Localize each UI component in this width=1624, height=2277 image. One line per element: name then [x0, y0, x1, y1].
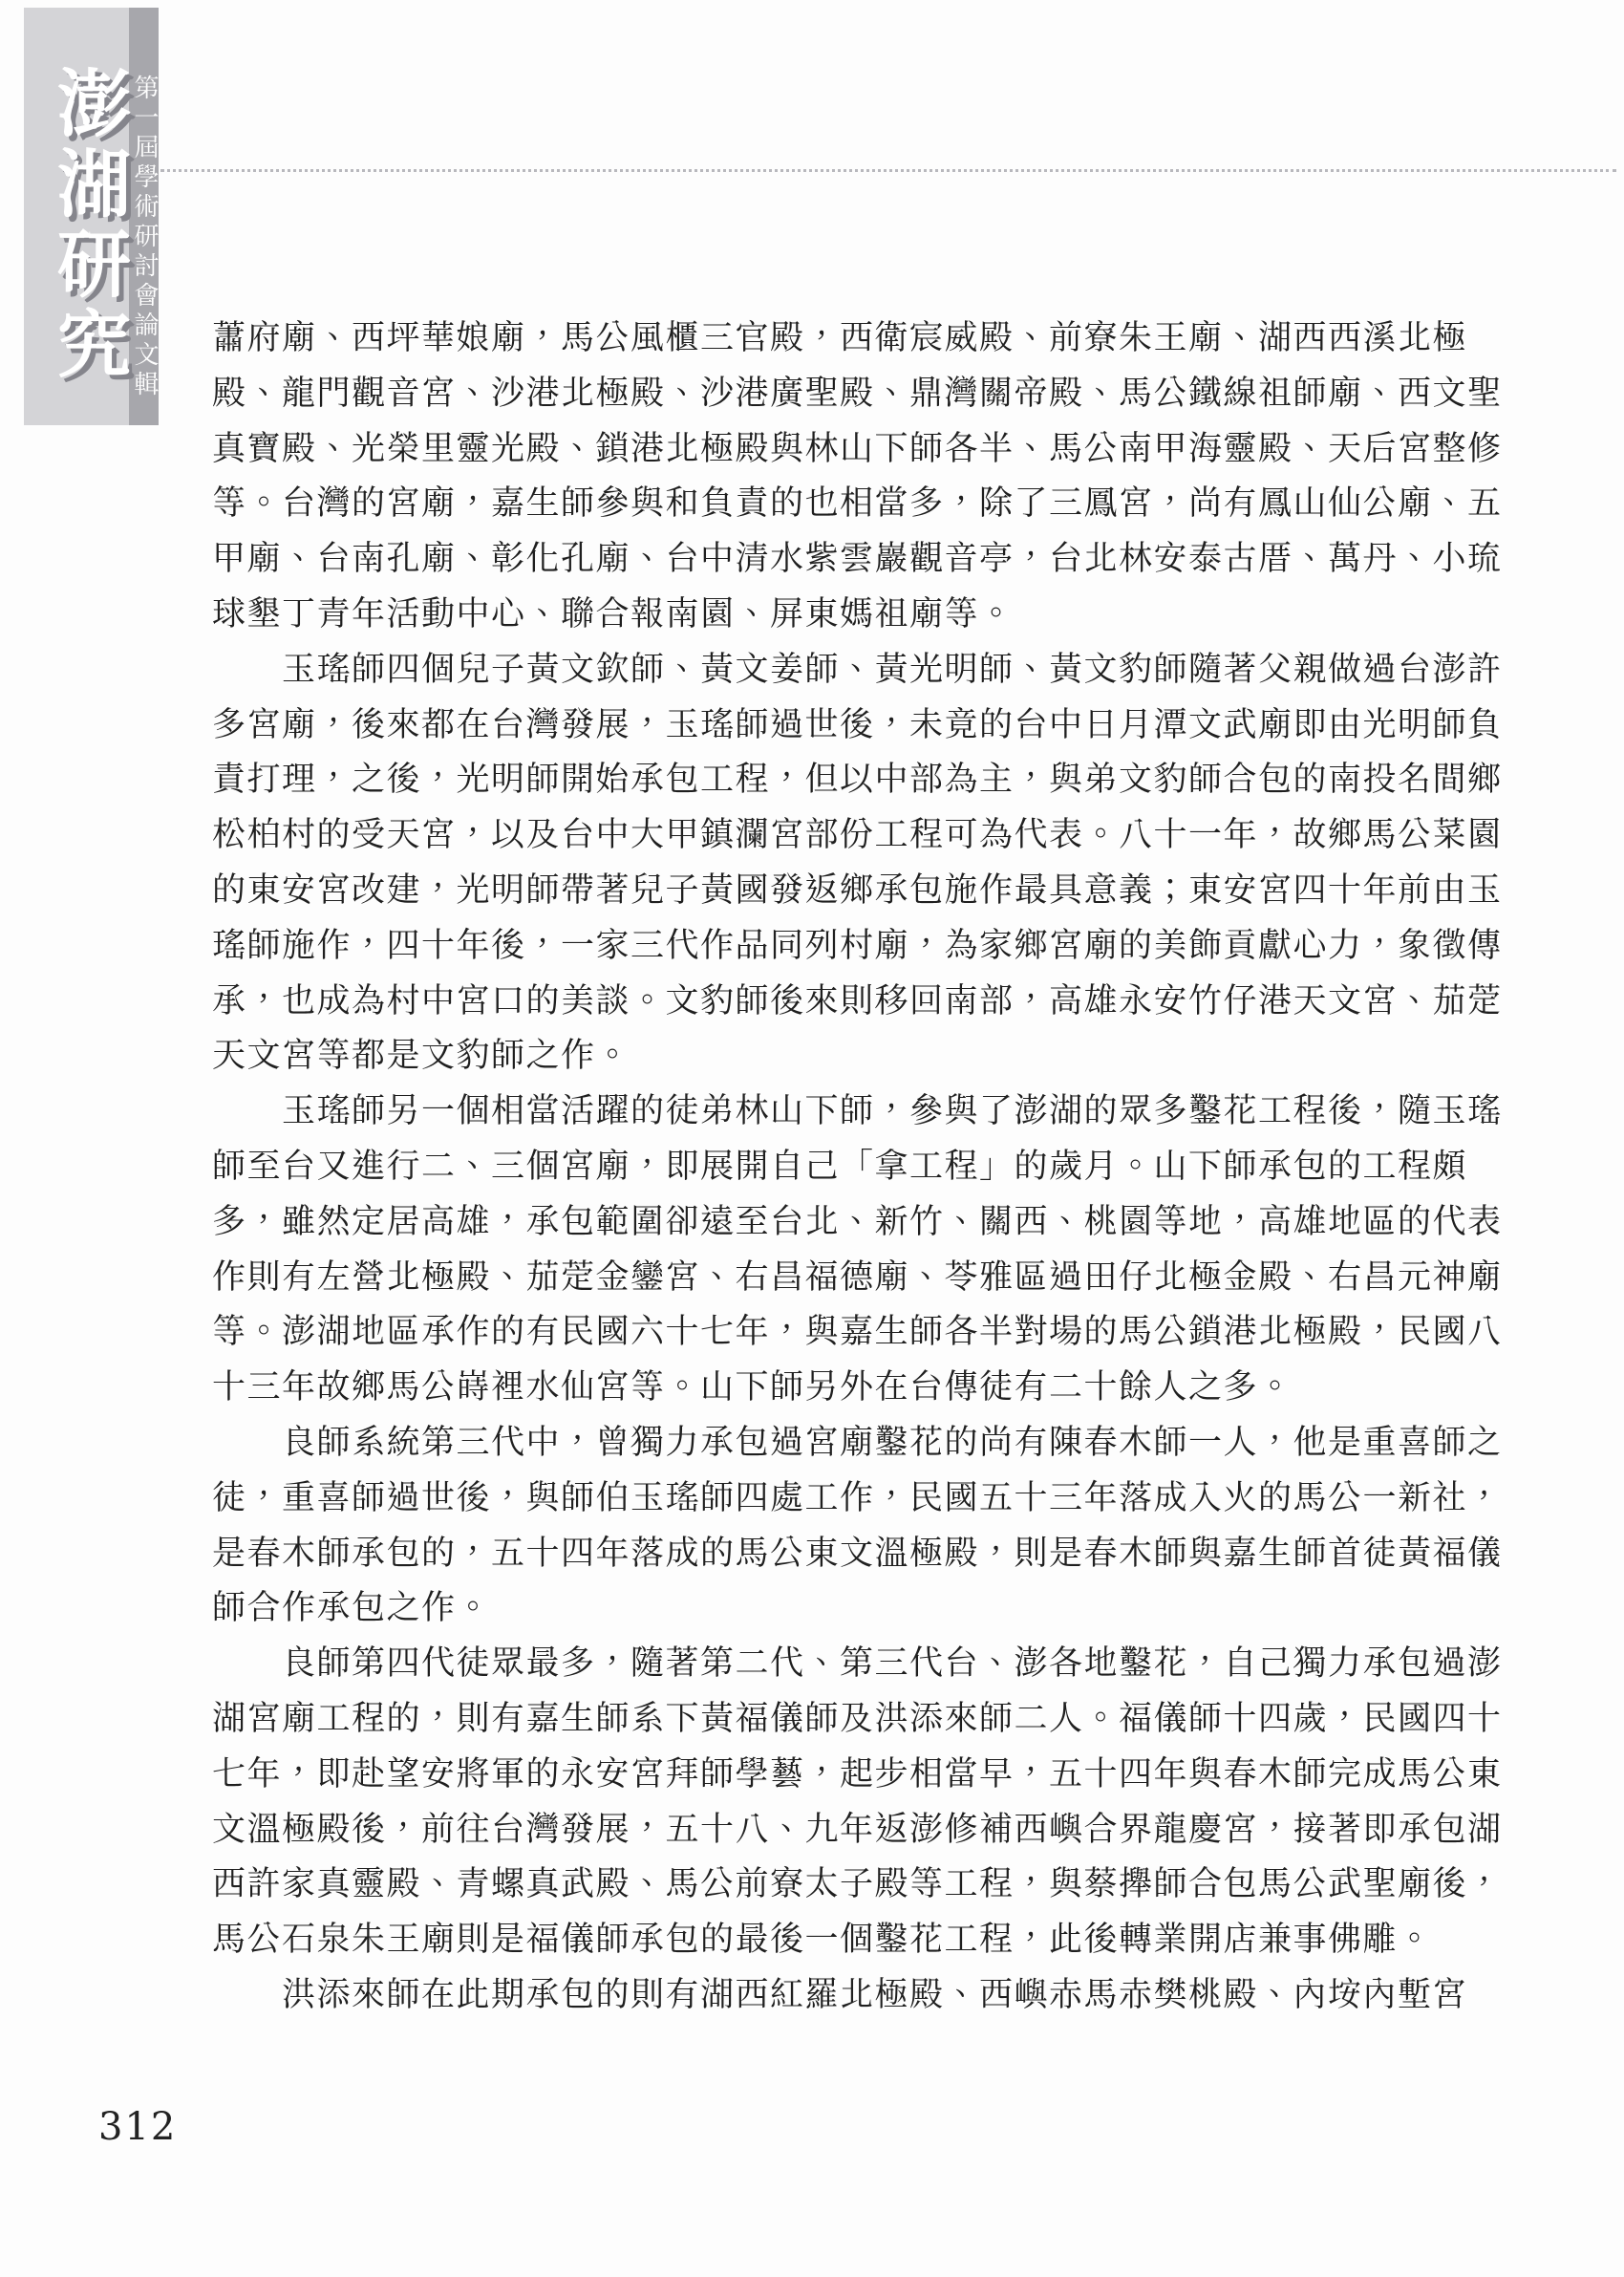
header-dotted-rule — [160, 169, 1616, 172]
paragraph: 良師系統第三代中，曾獨力承包過宮廟鑿花的尚有陳春木師一人，他是重喜師之徒，重喜師… — [212, 1416, 1497, 1637]
body-line: 的東安宮改建，光明師帶著兒子黃國發返鄉承包施作最具意義；東安宮四十年前由玉 — [212, 864, 1497, 919]
body-line: 是春木師承包的，五十四年落成的馬公東文溫極殿，則是春木師與嘉生師首徒黃福儀 — [212, 1527, 1497, 1582]
body-line: 馬公石泉朱王廟則是福儀師承包的最後一個鑿花工程，此後轉業開店兼事佛雕。 — [212, 1913, 1497, 1968]
body-line: 等。台灣的宮廟，嘉生師參與和負責的也相當多，除了三鳳宮，尚有鳳山仙公廟、五 — [212, 477, 1497, 532]
body-line: 責打理，之後，光明師開始承包工程，但以中部為主，與弟文豹師合包的南投名間鄉 — [212, 753, 1497, 808]
paragraph: 玉瑤師四個兒子黃文欽師、黃文姜師、黃光明師、黃文豹師隨著父親做過台澎許多宮廟，後… — [212, 643, 1497, 1085]
body-line: 天文宮等都是文豹師之作。 — [212, 1029, 1497, 1085]
paragraph: 良師第四代徒眾最多，隨著第二代、第三代台、澎各地鑿花，自己獨力承包過澎湖宮廟工程… — [212, 1637, 1497, 1968]
body-line: 十三年故鄉馬公嵵裡水仙宮等。山下師另外在台傳徒有二十餘人之多。 — [212, 1361, 1497, 1416]
body-line: 松柏村的受天宮，以及台中大甲鎮瀾宮部份工程可為代表。八十一年，故鄉馬公菜園 — [212, 808, 1497, 864]
body-line: 玉瑤師四個兒子黃文欽師、黃文姜師、黃光明師、黃文豹師隨著父親做過台澎許 — [212, 643, 1497, 698]
body-line: 多，雖然定居高雄，承包範圍卻遠至台北、新竹、關西、桃園等地，高雄地區的代表 — [212, 1195, 1497, 1251]
body-line: 師合作承包之作。 — [212, 1581, 1497, 1637]
body-text: 蕭府廟、西坪華娘廟，馬公風櫃三官殿，西衛宸威殿、前寮朱王廟、湖西西溪北極殿、龍門… — [212, 311, 1497, 2024]
body-line: 良師系統第三代中，曾獨力承包過宮廟鑿花的尚有陳春木師一人，他是重喜師之 — [212, 1416, 1497, 1471]
body-line: 真寶殿、光榮里靈光殿、鎖港北極殿與林山下師各半、馬公南甲海靈殿、天后宮整修 — [212, 422, 1497, 478]
body-line: 西許家真靈殿、青螺真武殿、馬公前寮太子殿等工程，與蔡攑師合包馬公武聖廟後， — [212, 1858, 1497, 1913]
page-number: 312 — [98, 2105, 177, 2149]
scanned-page: 澎湖研究 第一屆學術研討會論文輯 蕭府廟、西坪華娘廟，馬公風櫃三官殿，西衛宸威殿… — [0, 0, 1624, 2277]
body-line: 等。澎湖地區承作的有民國六十七年，與嘉生師各半對場的馬公鎖港北極殿，民國八 — [212, 1305, 1497, 1361]
body-line: 瑤師施作，四十年後，一家三代作品同列村廟，為家鄉宮廟的美飾貢獻心力，象徵傳 — [212, 919, 1497, 975]
body-line: 徒，重喜師過世後，與師伯玉瑤師四處工作，民國五十三年落成入火的馬公一新社， — [212, 1471, 1497, 1527]
body-line: 玉瑤師另一個相當活躍的徒弟林山下師，參與了澎湖的眾多鑿花工程後，隨玉瑤 — [212, 1085, 1497, 1140]
book-subtitle-vertical: 第一屆學術研討會論文輯 — [130, 75, 159, 400]
body-line: 甲廟、台南孔廟、彰化孔廟、台中清水紫雲巖觀音亭，台北林安泰古厝、萬丹、小琉 — [212, 532, 1497, 588]
body-line: 師至台又進行二、三個宮廟，即展開自己「拿工程」的歲月。山下師承包的工程頗 — [212, 1140, 1497, 1195]
body-line: 良師第四代徒眾最多，隨著第二代、第三代台、澎各地鑿花，自己獨力承包過澎 — [212, 1637, 1497, 1692]
body-line: 文溫極殿後，前往台灣發展，五十八、九年返澎修補西嶼合界龍慶宮，接著即承包湖 — [212, 1803, 1497, 1858]
body-line: 洪添來師在此期承包的則有湖西紅羅北極殿、西嶼赤馬赤樊桃殿、內垵內塹宮 — [212, 1968, 1497, 2024]
body-line: 多宮廟，後來都在台灣發展，玉瑤師過世後，未竟的台中日月潭文武廟即由光明師負 — [212, 698, 1497, 754]
body-line: 作則有左營北極殿、茄萣金鑾宮、右昌福德廟、苓雅區過田仔北極金殿、右昌元神廟 — [212, 1251, 1497, 1306]
body-line: 湖宮廟工程的，則有嘉生師系下黃福儀師及洪添來師二人。福儀師十四歲，民國四十 — [212, 1692, 1497, 1748]
body-line: 球墾丁青年活動中心、聯合報南園、屏東媽祖廟等。 — [212, 588, 1497, 643]
body-line: 七年，即赴望安將軍的永安宮拜師學藝，起步相當早，五十四年與春木師完成馬公東 — [212, 1748, 1497, 1803]
paragraph: 蕭府廟、西坪華娘廟，馬公風櫃三官殿，西衛宸威殿、前寮朱王廟、湖西西溪北極殿、龍門… — [212, 311, 1497, 643]
body-line: 殿、龍門觀音宮、沙港北極殿、沙港廣聖殿、鼎灣關帝殿、馬公鐵線祖師廟、西文聖 — [212, 367, 1497, 422]
body-line: 蕭府廟、西坪華娘廟，馬公風櫃三官殿，西衛宸威殿、前寮朱王廟、湖西西溪北極 — [212, 311, 1497, 367]
body-line: 承，也成為村中宮口的美談。文豹師後來則移回南部，高雄永安竹仔港天文宮、茄萣 — [212, 975, 1497, 1030]
book-title-vertical: 澎湖研究 — [50, 65, 126, 386]
paragraph: 玉瑤師另一個相當活躍的徒弟林山下師，參與了澎湖的眾多鑿花工程後，隨玉瑤師至台又進… — [212, 1085, 1497, 1416]
paragraph: 洪添來師在此期承包的則有湖西紅羅北極殿、西嶼赤馬赤樊桃殿、內垵內塹宮 — [212, 1968, 1497, 2024]
